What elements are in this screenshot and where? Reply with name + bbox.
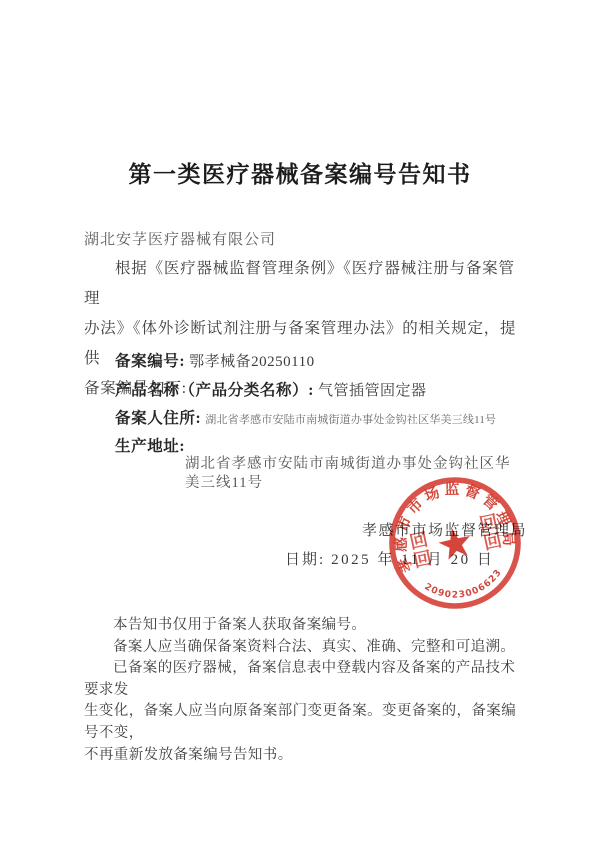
seal-serial-number: 42090230066237 <box>385 473 508 613</box>
production-address-label: 生产地址: <box>115 438 185 455</box>
note-line-1: 本告知书仅用于备案人获取备案编号。 <box>84 615 529 637</box>
issuing-agency-name: 孝感市市场监督管理局 <box>362 519 527 540</box>
date-value: 2025 年 11 月 20 日 <box>331 552 494 568</box>
notice-document-page: 第一类医疗器械备案编号告知书 湖北安芓医疗器械有限公司 根据《医疗器械监督管理条… <box>0 0 600 849</box>
record-number-row: 备案编号:鄂孝械备20250110 <box>115 349 315 371</box>
product-name-value: 气管插管固定器 <box>318 383 427 399</box>
note-line-3: 已备案的医疗器械，备案信息表中登载内容及备案的产品技术要求发 <box>84 658 529 701</box>
note-line-2: 备案人应当确保备案资料合法、真实、准确、完整和可追溯。 <box>84 637 529 659</box>
registrant-address-label: 备案人住所: <box>115 410 201 427</box>
production-address-line-1: 湖北省孝感市安陆市南城街道办事处金钩社区华 <box>185 455 511 474</box>
recipient-company-name: 湖北安芓医疗器械有限公司 <box>84 228 276 249</box>
record-number-label: 备案编号: <box>115 353 185 370</box>
production-address-line-2: 美三线11号 <box>185 474 511 493</box>
seal-body: 孝感市市场监督管理局 回 回 回 回 42090230066237 <box>385 473 525 613</box>
footer-notes: 本告知书仅用于备案人获取备案编号。 备案人应当确保备案资料合法、真实、准确、完整… <box>84 615 529 766</box>
intro-line-1: 根据《医疗器械监督管理条例》《医疗器械注册与备案管理 <box>84 254 524 314</box>
issue-date-line: 日期:2025 年 11 月 20 日 <box>285 548 494 569</box>
seal-outer-ring <box>385 473 525 613</box>
date-label: 日期: <box>285 552 325 568</box>
registrant-address-row: 备案人住所:湖北省孝感市安陆市南城街道办事处金钩社区华美三线11号 <box>115 406 496 428</box>
official-seal-stamp: 孝感市市场监督管理局 回 回 回 回 42090230066237 <box>385 473 525 613</box>
note-line-5: 不再重新发放备案编号告知书。 <box>84 745 529 767</box>
production-address-row: 生产地址: <box>115 434 185 456</box>
production-address-value: 湖北省孝感市安陆市南城街道办事处金钩社区华 美三线11号 <box>185 455 511 493</box>
product-name-label: 产品名称（产品分类名称）: <box>115 382 314 399</box>
product-name-row: 产品名称（产品分类名称）:气管插管固定器 <box>115 378 426 400</box>
registrant-address-value: 湖北省孝感市安陆市南城街道办事处金钩社区华美三线11号 <box>205 414 496 426</box>
note-line-4: 生变化，备案人应当向原备案部门变更备案。变更备案的，备案编号不变， <box>84 701 529 744</box>
page-title: 第一类医疗器械备案编号告知书 <box>0 156 600 189</box>
record-number-value: 鄂孝械备20250110 <box>189 354 314 370</box>
